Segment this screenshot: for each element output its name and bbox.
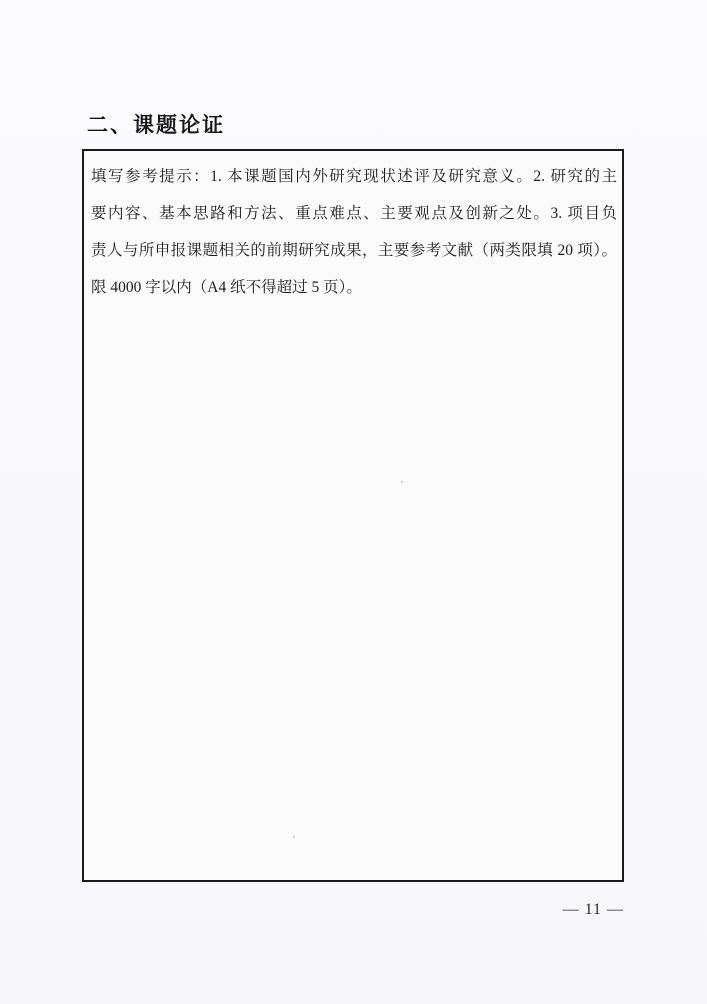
hint-line-2: 要内容、基本思路和方法、重点难点、主要观点及创新之处。3. 项目负 bbox=[91, 195, 617, 232]
hint-line-1: 填写参考提示：1. 本课题国内外研究现状述评及研究意义。2. 研究的主 bbox=[91, 158, 617, 195]
scan-noise-speck bbox=[293, 836, 295, 838]
topic-argumentation-box: 填写参考提示：1. 本课题国内外研究现状述评及研究意义。2. 研究的主 要内容、… bbox=[82, 149, 624, 882]
section-heading: 二、课题论证 bbox=[87, 109, 225, 139]
document-page: 二、课题论证 填写参考提示：1. 本课题国内外研究现状述评及研究意义。2. 研究… bbox=[0, 0, 707, 1004]
scan-noise-speck bbox=[401, 481, 403, 483]
page-number: — 11 — bbox=[0, 901, 624, 919]
hint-line-4: 限 4000 字以内（A4 纸不得超过 5 页）。 bbox=[91, 269, 617, 306]
hint-line-3: 责人与所申报课题相关的前期研究成果，主要参考文献（两类限填 20 项）。 bbox=[91, 232, 617, 269]
